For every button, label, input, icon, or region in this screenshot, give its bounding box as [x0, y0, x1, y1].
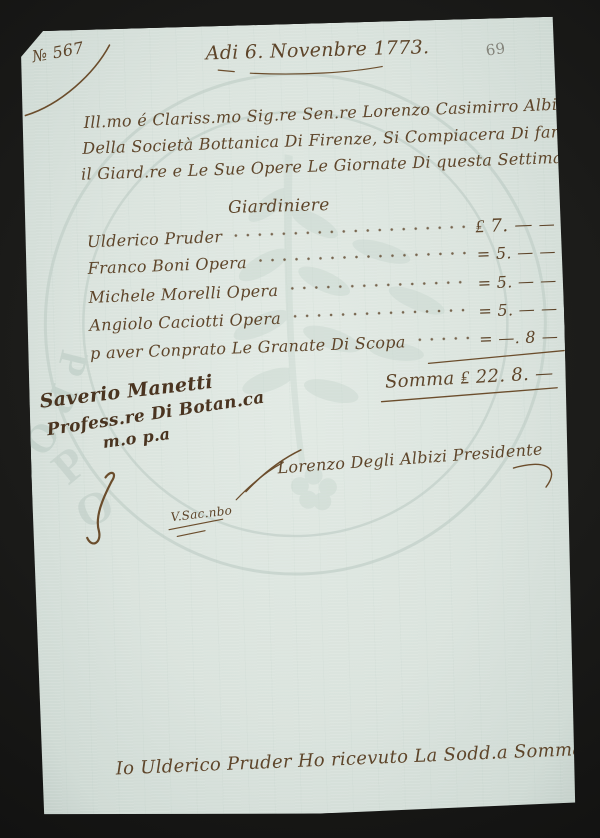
dot-leader — [255, 247, 469, 267]
small-note: V.Sac.nbo — [170, 503, 233, 524]
payee-name: Michele Morelli Opera — [88, 281, 278, 307]
amount: = 5. — — [478, 300, 535, 321]
right-signature: Lorenzo Degli Albizi Presidente — [277, 439, 543, 477]
somma-rule-top — [428, 351, 564, 364]
payee-name: Franco Boni Opera — [87, 253, 247, 278]
amount: = —. 8 — [479, 327, 536, 348]
dot-leader — [413, 332, 471, 346]
amount: = 5. — — [477, 272, 534, 293]
receipt-line: Io Ulderico Pruder Ho ricevuto La Sodd.a… — [115, 739, 584, 780]
margin-tick: — — [541, 299, 558, 319]
payee-name: p aver Conprato Le Granate Di Scopa — [90, 332, 406, 363]
amount: = 5. — — [476, 243, 533, 264]
note-underline-2 — [177, 531, 205, 537]
date-underline-short — [218, 70, 234, 72]
manuscript-page: PROSPERITA PVBLICAE — [19, 17, 578, 822]
somma-total: Somma ₤ 22. 8. — — [384, 363, 553, 393]
date-underline-long — [250, 67, 382, 76]
margin-tick: — — [540, 271, 557, 291]
margin-tick: — — [539, 242, 556, 262]
signature-tail-swash — [513, 464, 552, 488]
amount: ₤ 7. — — [475, 214, 533, 237]
margin-tick: — — [541, 327, 558, 347]
payee-name: Angiolo Caciotti Opera — [89, 309, 281, 335]
section-heading: Giardiniere — [228, 195, 330, 218]
folio-number: 69 — [485, 39, 507, 59]
payee-name: Ulderico Pruder — [87, 227, 223, 251]
dot-leader — [289, 304, 471, 323]
dot-leader — [286, 276, 470, 295]
date-line: Adi 6. Novenbre 1773. — [205, 36, 429, 64]
archival-number: № 567 — [30, 38, 85, 66]
margin-tick: — — [538, 214, 555, 234]
dot-leader — [230, 221, 468, 242]
